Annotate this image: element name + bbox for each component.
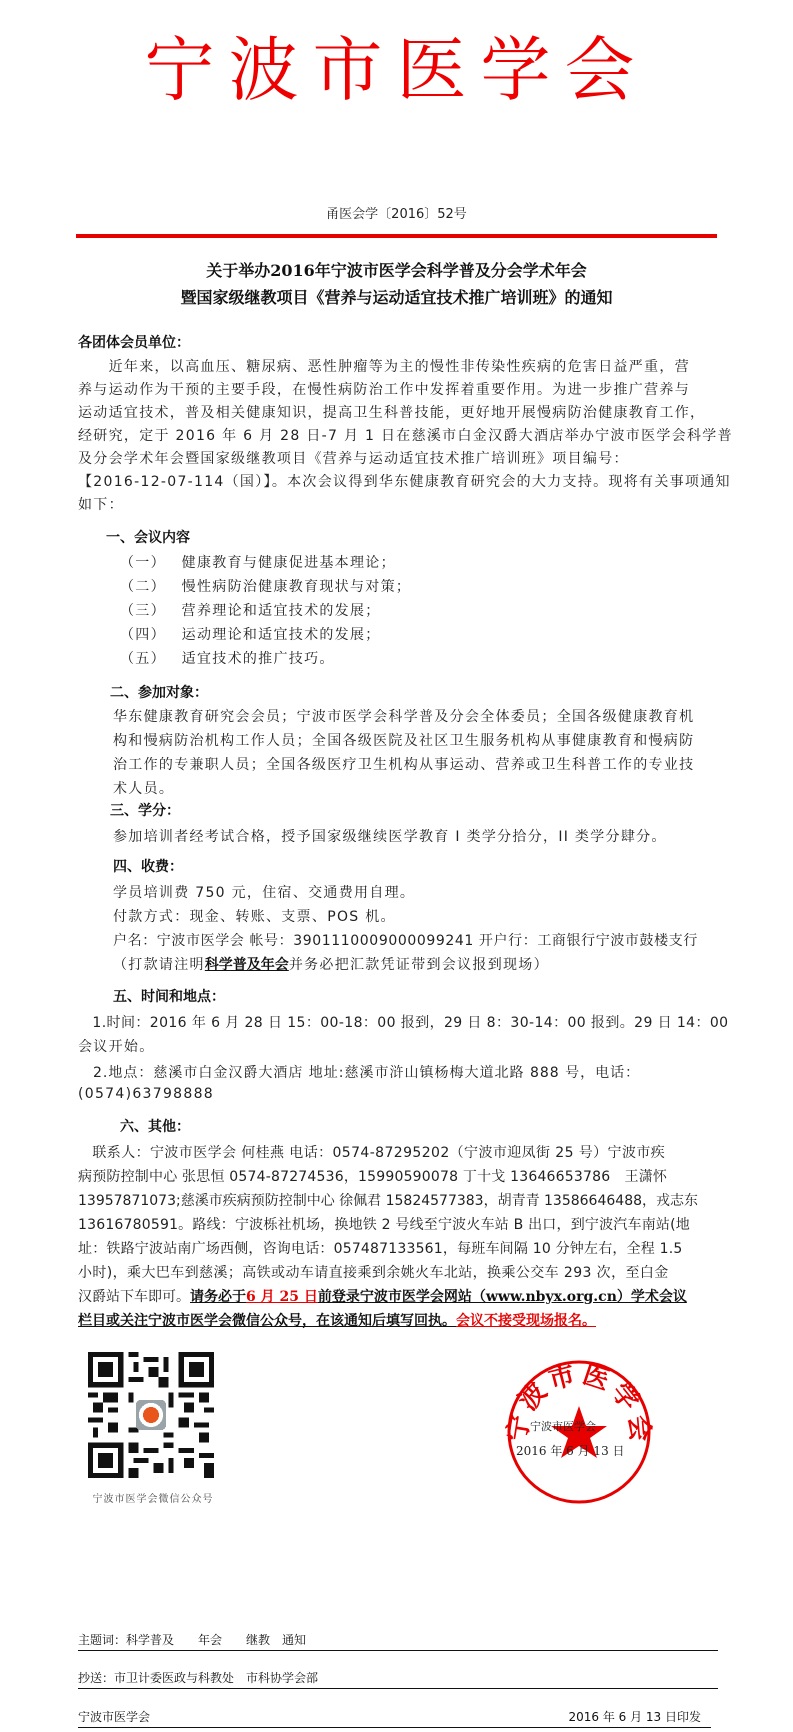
item-number: （三） bbox=[120, 603, 166, 619]
route-end: 汉爵站下车即可。 bbox=[78, 1289, 190, 1305]
time-line: 会议开始。 bbox=[78, 1036, 718, 1056]
notice-text: 栏目或关注宁波市医学会微信公众号，在该通知后填写回执。 bbox=[78, 1313, 456, 1329]
registration-notice-cont: 栏目或关注宁波市医学会微信公众号，在该通知后填写回执。会议不接受现场报名。 bbox=[78, 1310, 718, 1330]
participants-line: 构和慢病防治机构工作人员；全国各级医院及社区卫生服务机构从事健康教育和慢病防 bbox=[113, 730, 718, 750]
route-line: 小时)，乘大巴车到慈溪；高铁或动车请直接乘到余姚火车北站，换乘公交车 293 次… bbox=[78, 1262, 718, 1282]
route-line: 13616780591。路线：宁波栎社机场，换地铁 2 号线至宁波火车站 B 出… bbox=[78, 1214, 718, 1234]
intro-line: 如下： bbox=[78, 494, 718, 514]
cc-recipients: 抄送：市卫计委医政与科教处 市科协学会部 bbox=[78, 1669, 318, 1686]
footer-issuer-row: 宁波市医学会 2016 年 6 月 13 日印发 bbox=[78, 1705, 711, 1728]
qr-caption: 宁波市医学会微信公众号 bbox=[78, 1490, 228, 1505]
section-heading-content: 一、会议内容 bbox=[106, 527, 190, 547]
content-item: （四） 运动理论和适宜技术的发展； bbox=[120, 624, 760, 644]
note-highlight: 科学普及年会 bbox=[205, 957, 289, 973]
participants-line: 治工作的专兼职人员；全国各级医疗卫生机构从事运动、营养或卫生科普工作的专业技 bbox=[113, 754, 718, 774]
item-text: 适宜技术的推广技巧。 bbox=[182, 651, 335, 667]
section-heading-fees: 四、收费： bbox=[113, 856, 183, 876]
item-number: （一） bbox=[120, 555, 166, 571]
section-heading-other: 六、其他： bbox=[120, 1116, 190, 1136]
contact-line: 联系人：宁波市医学会 何桂燕 电话：0574-87295202（宁波市迎凤街 2… bbox=[78, 1142, 718, 1162]
intro-line: 经研究，定于 2016 年 6 月 28 日-7 月 1 日在慈溪市白金汉爵大酒… bbox=[78, 425, 718, 445]
payment-methods: 付款方式：现金、转账、支票、POS 机。 bbox=[113, 906, 718, 926]
participants-line: 华东健康教育研究会会员；宁波市医学会科学普及分会全体委员；全国各级健康教育机 bbox=[113, 706, 718, 726]
payment-note: （打款请注明科学普及年会并务必把汇款凭证带到会议报到现场） bbox=[113, 954, 718, 974]
section-heading-time-place: 五、时间和地点： bbox=[113, 986, 225, 1006]
notice-title-line2: 暨国家级继教项目《营养与运动适宜技术推广培训班》的通知 bbox=[0, 285, 793, 308]
document-number: 甬医会学〔2016〕52号 bbox=[0, 203, 793, 222]
section-heading-credits: 三、学分： bbox=[110, 800, 180, 820]
deadline-date: 6 月 25 日 bbox=[246, 1289, 318, 1305]
issue-date: 2016 年 6 月 13 日印发 bbox=[568, 1708, 701, 1725]
salutation: 各团体会员单位： bbox=[78, 332, 190, 352]
red-divider bbox=[76, 234, 717, 238]
place-line: 2.地点：慈溪市白金汉爵大酒店 地址:慈溪市浒山镇杨梅大道北路 888 号，电话… bbox=[78, 1062, 718, 1082]
seal-org-text: 宁波市医学会 bbox=[530, 1418, 596, 1434]
seal-date-text: 2016 年 6 月 13 日 bbox=[516, 1442, 625, 1459]
no-onsite-registration: 会议不接受现场报名。 bbox=[456, 1313, 596, 1329]
content-item: （一） 健康教育与健康促进基本理论； bbox=[120, 552, 760, 572]
item-number: （五） bbox=[120, 651, 166, 667]
item-number: （二） bbox=[120, 579, 166, 595]
note-suffix: 并务必把汇款凭证带到会议报到现场） bbox=[289, 957, 549, 973]
content-item: （五） 适宜技术的推广技巧。 bbox=[120, 648, 760, 668]
note-prefix: （打款请注明 bbox=[113, 957, 205, 973]
content-item: （二） 慢性病防治健康教育现状与对策； bbox=[120, 576, 760, 596]
participants-line: 术人员。 bbox=[113, 778, 718, 798]
intro-line: 养与运动作为干预的主要手段，在慢性病防治工作中发挥着重要作用。为进一步推广营养与 bbox=[78, 379, 718, 399]
credits-text: 参加培训者经考试合格，授予国家级继续医学教育 I 类学分拾分，II 类学分肆分。 bbox=[113, 826, 718, 846]
fee-text: 学员培训费 750 元，住宿、交通费用自理。 bbox=[113, 882, 718, 902]
contact-line: 病预防控制中心 张思恒 0574-87274536，15990590078 丁十… bbox=[78, 1166, 718, 1186]
intro-line: 近年来，以高血压、糖尿病、恶性肿瘤等为主的慢性非传染性疾病的危害日益严重，营 bbox=[78, 356, 718, 376]
issuer: 宁波市医学会 bbox=[78, 1708, 150, 1725]
section-heading-participants: 二、参加对象： bbox=[110, 682, 208, 702]
time-line: 1.时间：2016 年 6 月 28 日 15：00-18：00 报到，29 日… bbox=[78, 1012, 718, 1032]
notice-title-line1: 关于举办2016年宁波市医学会科学普及分会学术年会 bbox=[0, 258, 793, 281]
item-text: 营养理论和适宜技术的发展； bbox=[182, 603, 381, 619]
intro-line: 【2016-12-07-114（国）】。本次会议得到华东健康教育研究会的大力支持… bbox=[78, 471, 718, 491]
content-item: （三） 营养理论和适宜技术的发展； bbox=[120, 600, 760, 620]
org-masthead: 宁波市医学会 bbox=[0, 14, 793, 115]
notice-text: 请务必于 bbox=[190, 1289, 246, 1305]
contact-line: 13957871073;慈溪市疾病预防控制中心 徐佩君 15824577383，… bbox=[78, 1190, 718, 1210]
intro-line: 运动适宜技术，普及相关健康知识，提高卫生科普技能，更好地开展慢病防治健康教育工作… bbox=[78, 402, 718, 422]
place-line: (0574)63798888 bbox=[78, 1086, 718, 1102]
intro-line: 及分会学术年会暨国家级继教项目《营养与运动适宜技术推广培训班》项目编号： bbox=[78, 448, 718, 468]
website-link[interactable]: 前登录宁波市医学会网站（www.nbyx.org.cn）学术会议 bbox=[318, 1289, 687, 1305]
route-line: 址：铁路宁波站南广场西侧，咨询电话：057487133561，每班车间隔 10 … bbox=[78, 1238, 718, 1258]
item-text: 运动理论和适宜技术的发展； bbox=[182, 627, 381, 643]
registration-notice: 汉爵站下车即可。请务必于6 月 25 日前登录宁波市医学会网站（www.nbyx… bbox=[78, 1286, 718, 1306]
wechat-qr-code bbox=[88, 1352, 214, 1478]
item-text: 慢性病防治健康教育现状与对策； bbox=[182, 579, 412, 595]
item-number: （四） bbox=[120, 627, 166, 643]
keywords: 主题词：科学普及 年会 继教 通知 bbox=[78, 1631, 306, 1648]
item-text: 健康教育与健康促进基本理论； bbox=[182, 555, 396, 571]
bank-account: 户名：宁波市医学会 帐号：3901110009000099241 开户行：工商银… bbox=[113, 930, 718, 950]
footer-keywords-row: 主题词：科学普及 年会 继教 通知 bbox=[78, 1628, 718, 1651]
footer-cc-row: 抄送：市卫计委医政与科教处 市科协学会部 bbox=[78, 1666, 718, 1689]
